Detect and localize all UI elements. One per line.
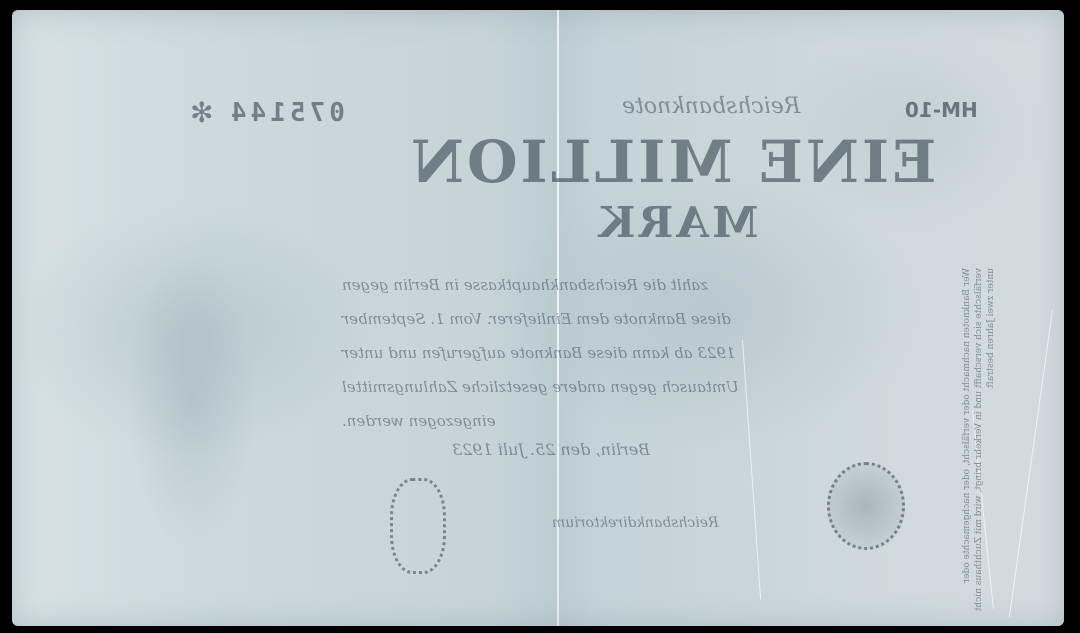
reichsbank-seal: [827, 462, 905, 550]
issuer-script: Reichsbanknote: [622, 94, 800, 119]
denomination-line1: EINE MILLION: [352, 128, 992, 196]
banknote-reverse: ✻ 075144 Reichsbanknote HM-10 EINE MILLI…: [12, 10, 1064, 626]
issue-date: Berlin, den 25. Juli 1923: [452, 440, 650, 459]
legal-text-line: 1923 ab kann diese Banknote aufgerufen u…: [342, 336, 942, 370]
watermark-area: [127, 250, 257, 550]
serial-star-icon: ✻: [190, 96, 213, 129]
numeral-outline: [390, 478, 446, 574]
signature-label: Reichsbankdirektorium: [552, 515, 719, 531]
legal-text-line: diese Banknote dem Einlieferer. Vom 1. S…: [342, 302, 942, 336]
series-code: HM-10: [905, 98, 978, 122]
denomination-line2: MARK: [367, 198, 987, 247]
serial-number: 075144: [227, 98, 345, 128]
crease-line: [1009, 310, 1053, 617]
legal-text-block: zahlt die Reichsbankhauptkasse in Berlin…: [342, 268, 942, 438]
legal-text-line: zahlt die Reichsbankhauptkasse in Berlin…: [342, 268, 942, 302]
legal-text-line: eingezogen werden.: [342, 404, 942, 438]
penalty-warning-text: Wer Banknoten nachmacht oder verfälscht,…: [957, 268, 997, 628]
legal-text-line: Umtausch gegen andere gesetzliche Zahlun…: [342, 370, 942, 404]
